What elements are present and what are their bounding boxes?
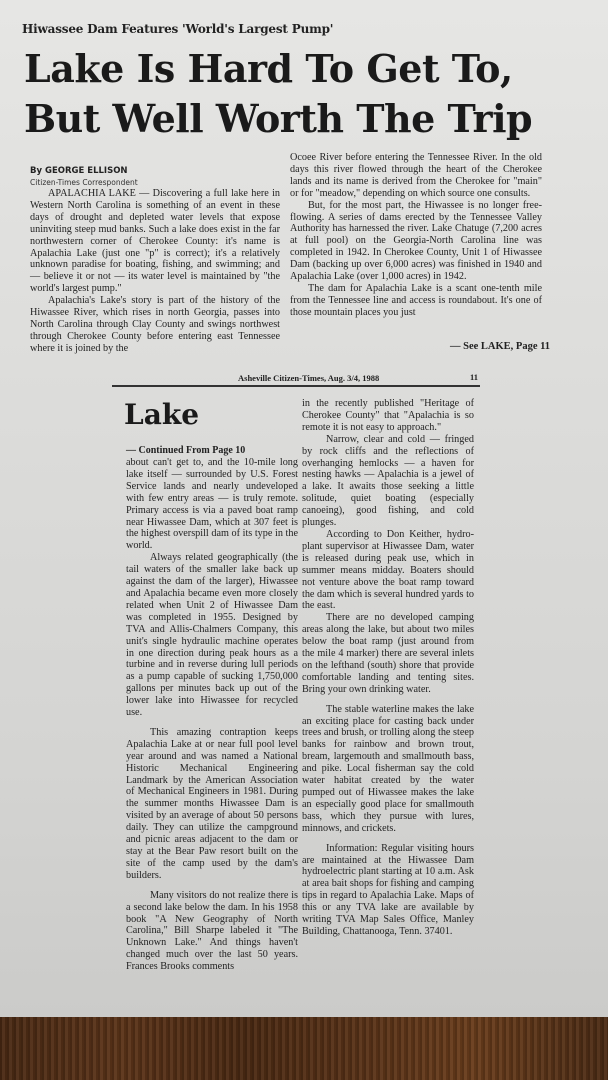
paragraph: Information: Regular visiting hours are … [302,843,474,938]
paragraph: in the recently published "Heritage of C… [302,398,474,434]
byline: By GEORGE ELLISON [30,166,128,176]
paragraph: Narrow, clear and cold — fringed by rock… [302,434,474,529]
page-number: 11 [470,372,478,382]
paragraph: According to Don Keither, hydro-plant su… [302,529,474,612]
paragraph: There are no developed camping areas alo… [302,612,474,695]
wooden-table-surface [0,1017,608,1080]
continued-from: — Continued From Page 10 [126,445,245,456]
headline-line-2: But Well Worth The Trip [24,94,584,144]
kicker-headline: Hiwassee Dam Features 'World's Largest P… [22,22,333,36]
paragraph: The dam for Apalachia Lake is a scant on… [290,283,542,319]
folio-rule [112,385,480,387]
paragraph: Apalachia's Lake's story is part of the … [30,295,280,355]
paragraph: Many visitors do not realize there is a … [126,890,298,973]
paragraph: Always related geographically (the tail … [126,552,298,719]
front-column-2: Ocoee River before entering the Tennesse… [290,152,542,319]
jump-column-1: about can't get to, and the 10-mile long… [126,457,298,973]
newspaper-clipping: Hiwassee Dam Features 'World's Largest P… [0,0,608,1017]
headline-line-1: Lake Is Hard To Get To, [24,44,584,94]
jump-headline: Lake [124,398,199,431]
folio-line: Asheville Citizen-Times, Aug. 3/4, 1988 [238,373,379,383]
paragraph: APALACHIA LAKE — Discovering a full lake… [30,188,280,295]
paragraph: This amazing contraption keeps Apalachia… [126,727,298,882]
main-headline: Lake Is Hard To Get To, But Well Worth T… [24,44,584,144]
paragraph: about can't get to, and the 10-mile long… [126,457,298,552]
front-column-1: APALACHIA LAKE — Discovering a full lake… [30,188,280,355]
jump-reference: — See LAKE, Page 11 [450,341,550,352]
byline-credit: Citizen-Times Correspondent [30,178,138,187]
jump-column-2: in the recently published "Heritage of C… [302,398,474,938]
paragraph: Ocoee River before entering the Tennesse… [290,152,542,200]
paragraph: The stable waterline makes the lake an e… [302,704,474,835]
paragraph: But, for the most part, the Hiwassee is … [290,200,542,283]
